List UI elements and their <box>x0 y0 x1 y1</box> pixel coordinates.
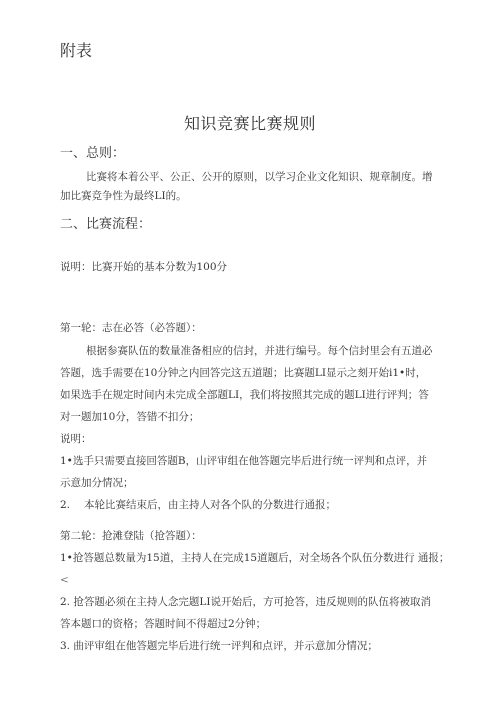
round1-note-1-line-2: 示意加分情况； <box>60 478 134 489</box>
round1-note-1-line-1: 1•选手只需要直接回答题B，山评审组在他答题完毕后进行统一评判和点评，并 <box>60 456 427 467</box>
round1-paragraph-line-3: 如果选手在规定时间内未完成全部题LI，我们将按照其完成的题LI进行评判；答 <box>60 390 429 401</box>
round2-line-4: 答本题口的资格；答题时间不得超过2分钟； <box>60 619 266 630</box>
round2-line-3: 2. 抢答题必须在主持人念完题LI说开始后，方可抢答，违反规则的队伍将被取消 <box>60 597 431 608</box>
round2-heading: 第二轮：抢滩登陆（抢答题）： <box>60 531 202 542</box>
round2-line-2: < <box>60 575 69 586</box>
round1-paragraph-line-1: 根据参赛队伍的数量准备相应的信封，并进行编号。每个信封里会有五道必 <box>86 346 433 357</box>
round1-paragraph-line-4: 对一题加10分，答错不扣分； <box>60 412 199 423</box>
general-paragraph-line-1: 比赛将本着公平、公正、公开的原则，以学习企业文化知识、规章制度。增 <box>86 172 433 183</box>
appendix-label: 附表 <box>60 43 92 59</box>
round1-note-2-number: 2. <box>60 499 70 511</box>
base-score-note: 说明：比赛开始的基本分数为100分 <box>60 262 227 273</box>
round1-notes-label: 说明： <box>60 434 92 445</box>
general-paragraph-line-2: 加比赛竞争性为最终LI的。 <box>60 191 187 202</box>
section-heading-process: 二、比赛流程： <box>60 218 151 231</box>
round2-line-5: 3. 曲评审组在他答题完毕后进行统一评判和点评，并示意加分情况； <box>60 641 378 652</box>
round1-note-2: 2.本轮比赛结束后，由主持人对各个队的分数进行通报； <box>60 500 336 511</box>
round1-heading: 第一轮：志在必答（必答题）： <box>60 323 202 334</box>
round1-paragraph-line-2: 答题，选手需要在10分钟之内回答完这五道题；比赛题LI显示之刻开始i1•时， <box>60 368 426 379</box>
round2-line-1: 1•抢答题总数量为15道，主持人在完成15道题后，对全场各个队伍分数进行 通报； <box>60 553 449 564</box>
round1-note-2-text: 本轮比赛结束后，由主持人对各个队的分数进行通报； <box>84 499 336 511</box>
document-title: 知识竞赛比赛规则 <box>0 116 500 132</box>
section-heading-general: 一、总则： <box>60 147 125 160</box>
